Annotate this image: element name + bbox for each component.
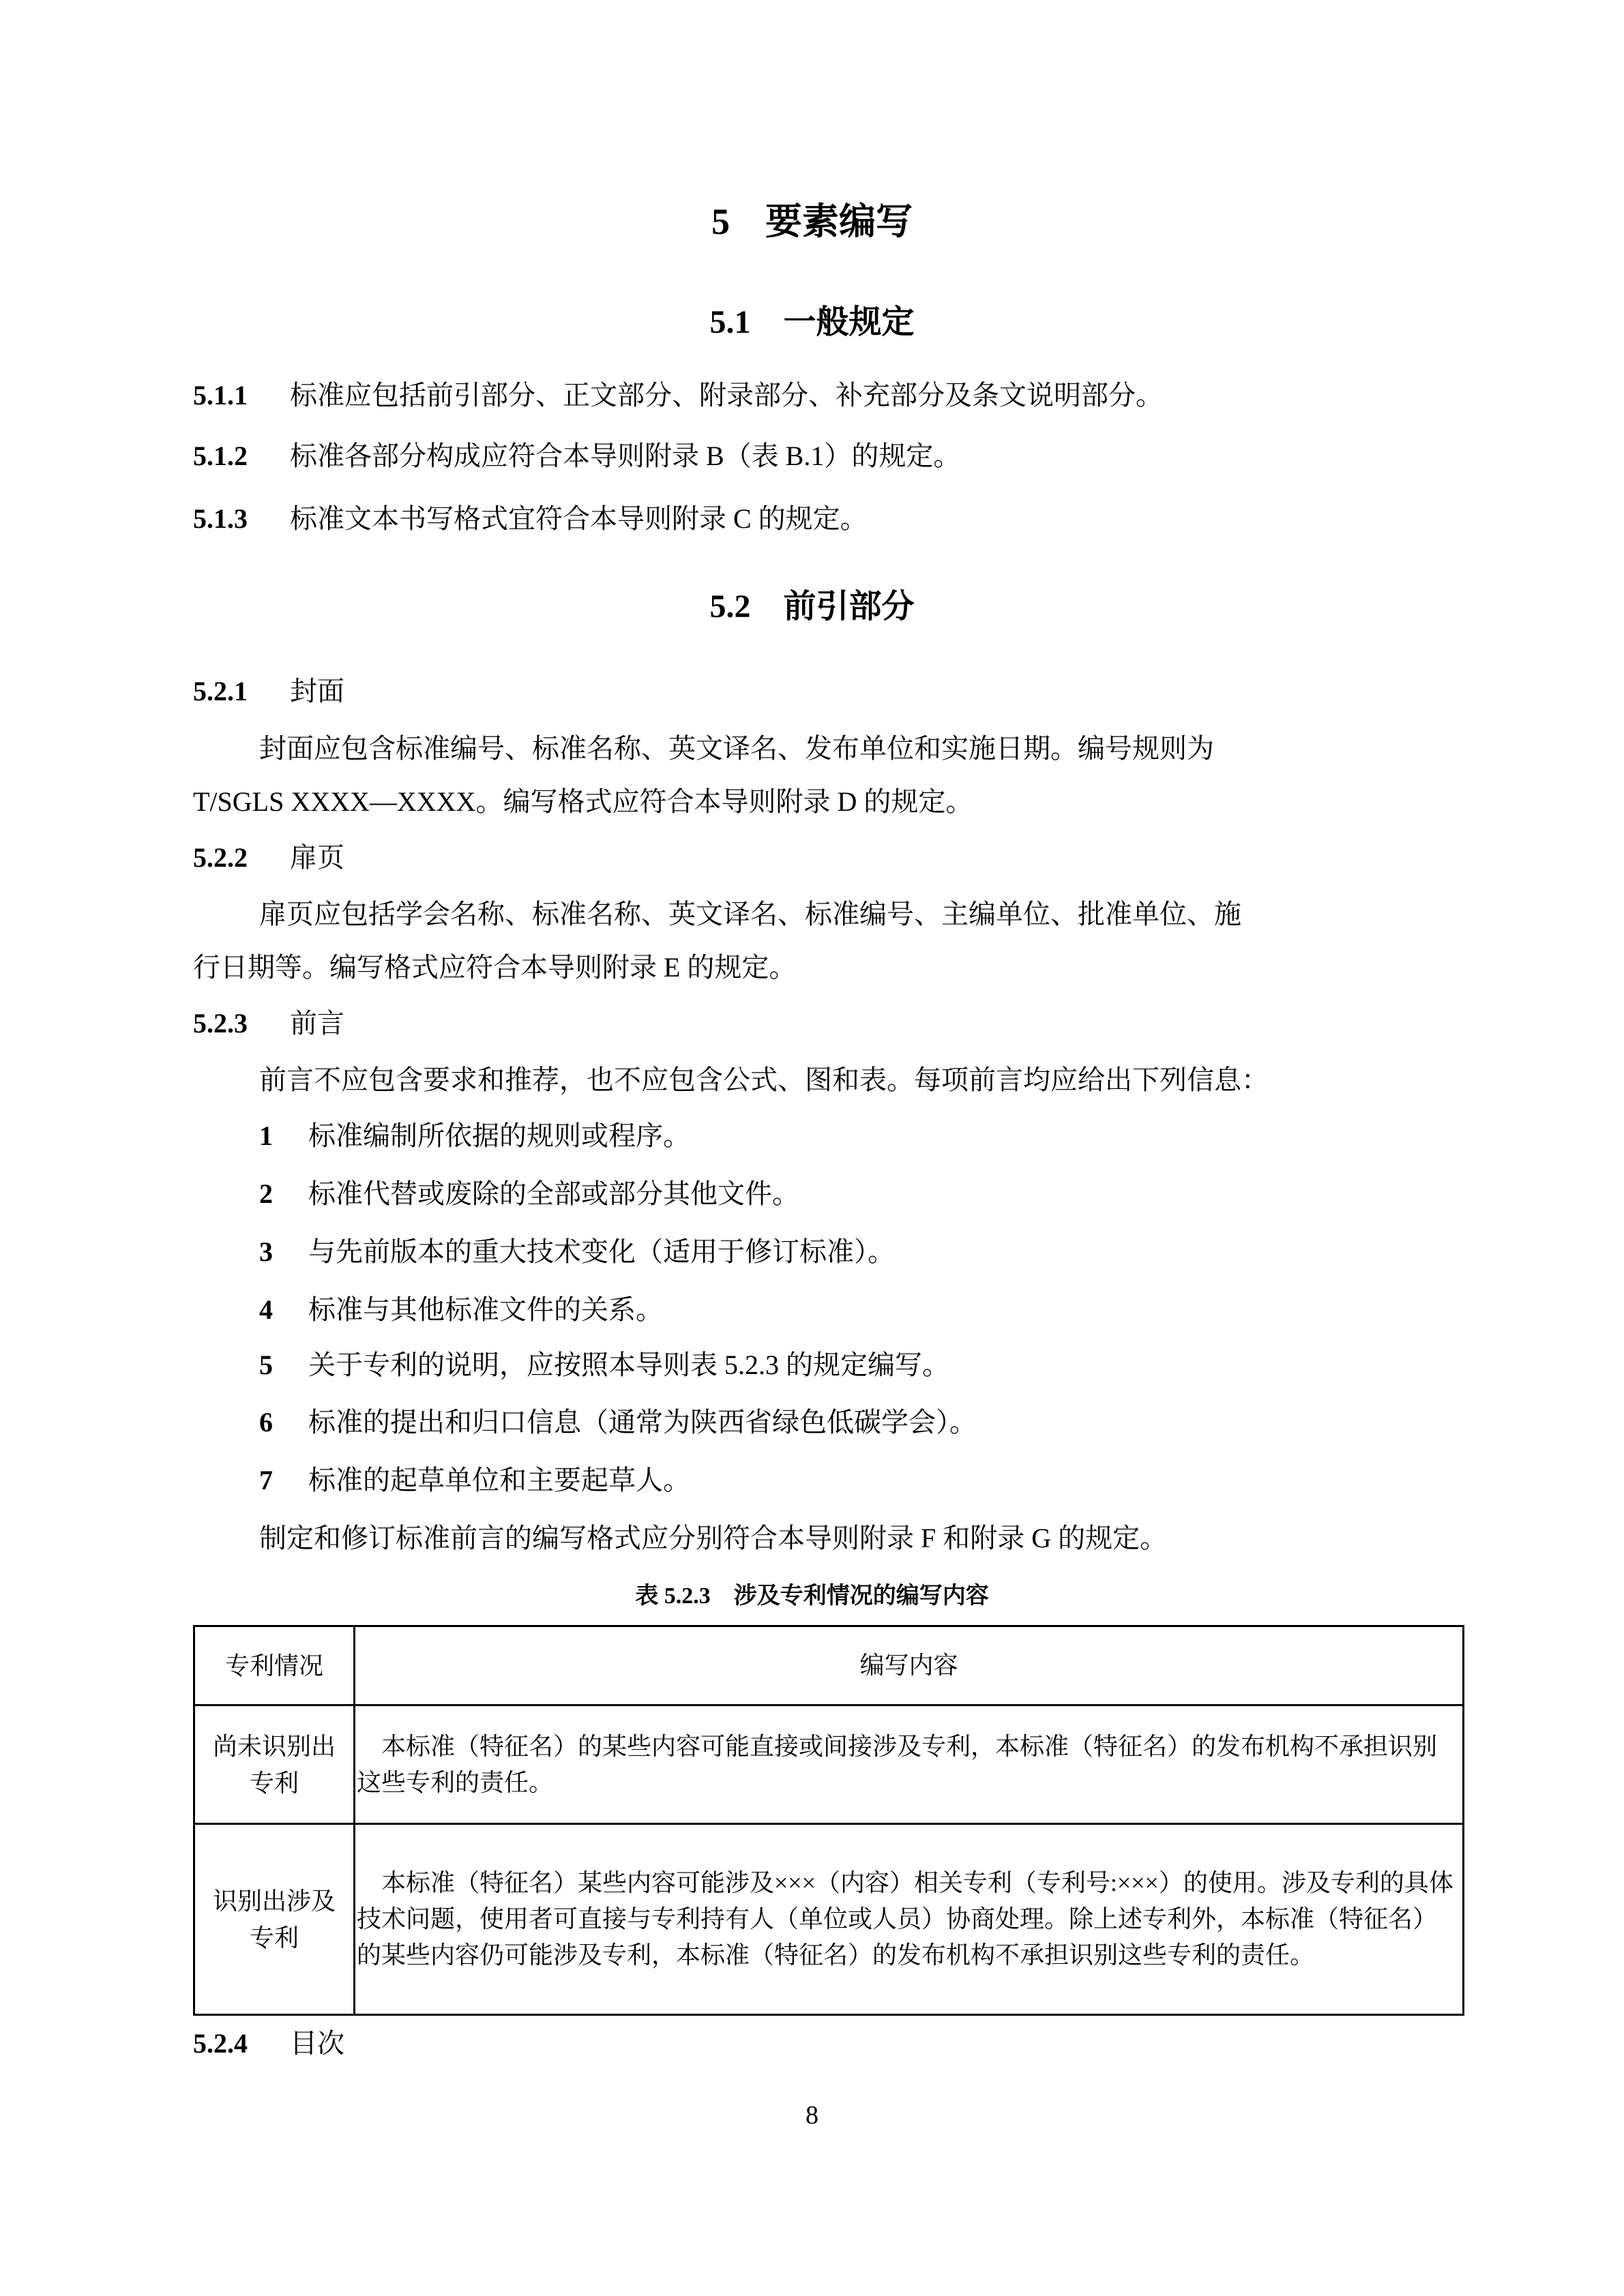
content-text: 本标准（特征名）某些内容可能涉及×××（内容）相关专利（专利号:×××）的使用。… xyxy=(357,1869,1453,1969)
table-row: 尚未识别出 专利 本标准（特征名）的某些内容可能直接或间接涉及专利，本标准（特征… xyxy=(194,1705,1464,1824)
foreword-closing: 制定和修订标准前言的编写格式应分别符合本导则附录 F 和附录 G 的规定。 xyxy=(259,1517,1167,1555)
table-header-row: 专利情况 编写内容 xyxy=(194,1626,1464,1705)
item-text: 标准代替或废除的全部或部分其他文件。 xyxy=(308,1178,799,1209)
content-text: 本标准（特征名）的某些内容可能直接或间接涉及专利，本标准（特征名）的发布机构不承… xyxy=(357,1733,1437,1796)
content-cell: 本标准（特征名）的某些内容可能直接或间接涉及专利，本标准（特征名）的发布机构不承… xyxy=(355,1705,1464,1824)
situation-line: 专利 xyxy=(196,1920,352,1956)
cover-paragraph-line-2: T/SGLS XXXX—XXXX。编写格式应符合本导则附录 D 的规定。 xyxy=(193,780,973,819)
table-caption: 表 5.2.3涉及专利情况的编写内容 xyxy=(0,1577,1624,1610)
foreword-item-6: 6标准的提出和归口信息（通常为陕西省绿色低碳学会）。 xyxy=(259,1401,977,1440)
situation-line: 尚未识别出 xyxy=(196,1728,352,1765)
section-number: 5.1 xyxy=(709,304,750,340)
item-text: 标准与其他标准文件的关系。 xyxy=(308,1294,663,1325)
section-number: 5.2 xyxy=(709,588,750,625)
item-text: 与先前版本的重大技术变化（适用于修订标准）。 xyxy=(308,1236,895,1267)
header-cell-content: 编写内容 xyxy=(355,1626,1464,1705)
clause-number: 5.1.3 xyxy=(193,503,290,535)
table-caption-number: 表 5.2.3 xyxy=(635,1583,711,1609)
title-page-paragraph-line-1: 扉页应包括学会名称、标准名称、英文译名、标准编号、主编单位、批准单位、施 xyxy=(259,893,1241,931)
section-heading-5-1: 5.1一般规定 xyxy=(0,295,1624,342)
clause-5-2-2-heading: 5.2.2扉页 xyxy=(193,836,344,875)
chapter-title: 要素编写 xyxy=(765,200,913,243)
clause-5-2-1-heading: 5.2.1封面 xyxy=(193,670,344,709)
foreword-item-2: 2标准代替或废除的全部或部分其他文件。 xyxy=(259,1172,799,1211)
item-text: 标准编制所依据的规则或程序。 xyxy=(308,1120,690,1151)
foreword-item-7: 7标准的起草单位和主要起草人。 xyxy=(259,1459,690,1497)
section-title: 前引部分 xyxy=(783,587,914,625)
foreword-item-1: 1标准编制所依据的规则或程序。 xyxy=(259,1114,690,1153)
foreword-item-3: 3与先前版本的重大技术变化（适用于修订标准）。 xyxy=(259,1230,895,1269)
clause-number: 5.2.3 xyxy=(193,1007,290,1039)
clause-title: 封面 xyxy=(290,676,344,706)
clause-number: 5.2.4 xyxy=(193,2027,290,2059)
clause-5-1-1: 5.1.1标准应包括前引部分、正文部分、附录部分、补充部分及条文说明部分。 xyxy=(193,374,1163,413)
clause-number: 5.2.1 xyxy=(193,675,290,707)
item-number: 1 xyxy=(259,1120,308,1152)
chapter-heading: 5要素编写 xyxy=(0,192,1624,245)
clause-text: 标准各部分构成应符合本导则附录 B（表 B.1）的规定。 xyxy=(290,441,960,471)
item-number: 6 xyxy=(259,1406,308,1438)
clause-5-2-4-heading: 5.2.4目次 xyxy=(193,2022,344,2061)
situation-cell: 尚未识别出 专利 xyxy=(194,1705,355,1824)
item-text: 标准的提出和归口信息（通常为陕西省绿色低碳学会）。 xyxy=(308,1407,977,1437)
cover-paragraph-line-1: 封面应包含标准编号、标准名称、英文译名、发布单位和实施日期。编号规则为 xyxy=(259,727,1214,766)
clause-5-1-2: 5.1.2标准各部分构成应符合本导则附录 B（表 B.1）的规定。 xyxy=(193,434,960,473)
title-page-paragraph-line-2: 行日期等。编写格式应符合本导则附录 E 的规定。 xyxy=(193,946,796,985)
clause-text: 标准应包括前引部分、正文部分、附录部分、补充部分及条文说明部分。 xyxy=(290,380,1163,411)
clause-5-2-3-heading: 5.2.3前言 xyxy=(193,1002,344,1041)
clause-title: 扉页 xyxy=(290,842,344,873)
table-caption-title: 涉及专利情况的编写内容 xyxy=(734,1582,989,1609)
item-number: 7 xyxy=(259,1464,308,1496)
situation-line: 识别出涉及 xyxy=(196,1883,352,1920)
section-title: 一般规定 xyxy=(783,303,914,341)
clause-text: 标准文本书写格式宜符合本导则附录 C 的规定。 xyxy=(290,503,868,534)
chapter-number: 5 xyxy=(711,201,730,242)
section-heading-5-2: 5.2前引部分 xyxy=(0,580,1624,627)
table-row: 识别出涉及 专利 本标准（特征名）某些内容可能涉及×××（内容）相关专利（专利号… xyxy=(194,1824,1464,2015)
header-cell-situation: 专利情况 xyxy=(194,1626,355,1705)
situation-cell: 识别出涉及 专利 xyxy=(194,1824,355,2015)
foreword-item-4: 4标准与其他标准文件的关系。 xyxy=(259,1288,663,1327)
clause-5-1-3: 5.1.3标准文本书写格式宜符合本导则附录 C 的规定。 xyxy=(193,497,868,536)
item-number: 2 xyxy=(259,1178,308,1210)
situation-line: 专利 xyxy=(196,1765,352,1802)
clause-number: 5.2.2 xyxy=(193,841,290,874)
clause-title: 目次 xyxy=(290,2028,344,2059)
item-text: 关于专利的说明，应按照本导则表 5.2.3 的规定编写。 xyxy=(308,1350,949,1380)
patent-content-table: 专利情况 编写内容 尚未识别出 专利 本标准（特征名）的某些内容可能直接或间接涉… xyxy=(193,1625,1464,2016)
item-number: 4 xyxy=(259,1294,308,1326)
item-text: 标准的起草单位和主要起草人。 xyxy=(308,1465,690,1495)
item-number: 5 xyxy=(259,1349,308,1381)
page-number: 8 xyxy=(0,2100,1624,2130)
content-cell: 本标准（特征名）某些内容可能涉及×××（内容）相关专利（专利号:×××）的使用。… xyxy=(355,1824,1464,2015)
clause-number: 5.1.2 xyxy=(193,440,290,472)
clause-number: 5.1.1 xyxy=(193,379,290,411)
foreword-intro: 前言不应包含要求和推荐，也不应包含公式、图和表。每项前言均应给出下列信息： xyxy=(259,1058,1269,1097)
item-number: 3 xyxy=(259,1236,308,1268)
clause-title: 前言 xyxy=(290,1008,344,1039)
foreword-item-5: 5关于专利的说明，应按照本导则表 5.2.3 的规定编写。 xyxy=(259,1343,949,1382)
